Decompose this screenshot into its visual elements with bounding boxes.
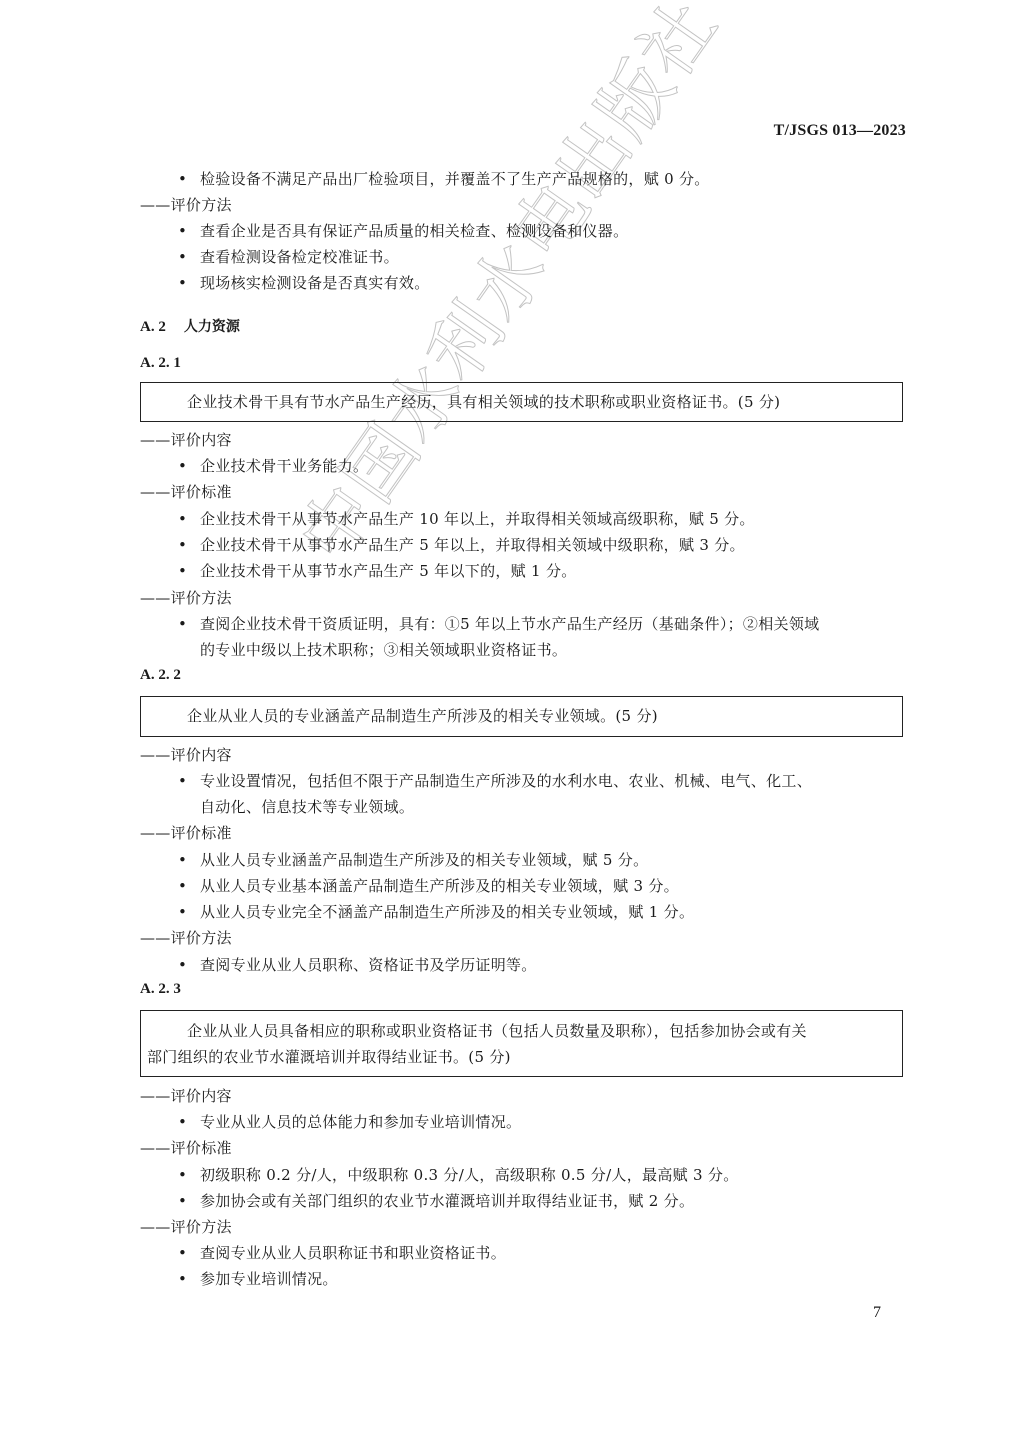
requirement-box: 企业从业人员具备相应的职称或职业资格证书（包括人员数量及职称），包括参加协会或有…: [140, 1010, 903, 1077]
list-item: •查阅专业从业人员职称证书和职业资格证书。: [178, 1240, 506, 1266]
criteria-label: ——评价标准: [140, 479, 232, 505]
list-item-continuation: 的专业中级以上技术职称；③相关领域职业资格证书。: [200, 637, 567, 663]
standard-code: T/JSGS 013—2023: [774, 122, 906, 140]
list-item: •参加专业培训情况。: [178, 1266, 338, 1292]
list-item: •现场核实检测设备是否真实有效。: [178, 270, 430, 296]
list-item: •专业设置情况，包括但不限于产品制造生产所涉及的水利水电、农业、机械、电气、化工…: [178, 768, 812, 794]
list-item: •从业人员专业完全不涵盖产品制造生产所涉及的相关专业领域，赋 1 分。: [178, 899, 694, 925]
list-item: •检验设备不满足产品出厂检验项目，并覆盖不了生产产品规格的，赋 0 分。: [178, 166, 710, 192]
list-item: •企业技术骨干从事节水产品生产 5 年以下的，赋 1 分。: [178, 558, 577, 584]
list-item: •查阅专业从业人员职称、资格证书及学历证明等。: [178, 952, 537, 978]
requirement-box: 企业技术骨干具有节水产品生产经历，具有相关领域的技术职称或职业资格证书。(5 分…: [140, 382, 903, 422]
requirement-text: 企业技术骨干具有节水产品生产经历，具有相关领域的技术职称或职业资格证书。(5 分…: [141, 389, 902, 415]
list-item: •企业技术骨干从事节水产品生产 10 年以上，并取得相关领域高级职称，赋 5 分…: [178, 506, 755, 532]
list-item-continuation: 自动化、信息技术等专业领域。: [200, 794, 414, 820]
method-label: ——评价方法: [140, 585, 232, 611]
method-label: ——评价方法: [140, 925, 232, 951]
section-title: 人力资源: [184, 319, 240, 335]
list-item: •初级职称 0.2 分/人，中级职称 0.3 分/人，高级职称 0.5 分/人，…: [178, 1162, 739, 1188]
list-item: •专业从业人员的总体能力和参加专业培训情况。: [178, 1109, 521, 1135]
item-number: A. 2. 3: [140, 981, 181, 998]
section-heading: A. 2人力资源: [140, 316, 240, 336]
requirement-text: 企业从业人员的专业涵盖产品制造生产所涉及的相关专业领域。(5 分): [141, 703, 902, 729]
method-label: ——评价方法: [140, 1214, 232, 1240]
list-item: •参加协会或有关部门组织的农业节水灌溉培训并取得结业证书，赋 2 分。: [178, 1188, 694, 1214]
requirement-box: 企业从业人员的专业涵盖产品制造生产所涉及的相关专业领域。(5 分): [140, 696, 903, 737]
list-item: •从业人员专业基本涵盖产品制造生产所涉及的相关专业领域，赋 3 分。: [178, 873, 679, 899]
page-number: 7: [873, 1304, 881, 1322]
list-item: •企业技术骨干业务能力。: [178, 453, 368, 479]
requirement-text-line1: 企业从业人员具备相应的职称或职业资格证书（包括人员数量及职称），包括参加协会或有…: [141, 1018, 902, 1044]
content-label: ——评价内容: [140, 427, 232, 453]
list-item: •查看检测设备检定校准证书。: [178, 244, 399, 270]
list-item: •查阅企业技术骨干资质证明，具有：①5 年以上节水产品生产经历（基础条件）；②相…: [178, 611, 819, 637]
list-item: •从业人员专业涵盖产品制造生产所涉及的相关专业领域，赋 5 分。: [178, 847, 648, 873]
criteria-label: ——评价标准: [140, 1135, 232, 1161]
requirement-text-line2: 部门组织的农业节水灌溉培训并取得结业证书。(5 分): [141, 1044, 902, 1070]
content-label: ——评价内容: [140, 1083, 232, 1109]
method-label: ——评价方法: [140, 192, 232, 218]
criteria-label: ——评价标准: [140, 820, 232, 846]
list-item: •企业技术骨干从事节水产品生产 5 年以上，并取得相关领域中级职称，赋 3 分。: [178, 532, 745, 558]
list-item: •查看企业是否具有保证产品质量的相关检查、检测设备和仪器。: [178, 218, 628, 244]
section-number: A. 2: [140, 319, 166, 335]
content-label: ——评价内容: [140, 742, 232, 768]
item-number: A. 2. 1: [140, 355, 181, 372]
item-number: A. 2. 2: [140, 667, 181, 684]
document-page: 中国水利水电出版社 T/JSGS 013—2023 •检验设备不满足产品出厂检验…: [0, 0, 1020, 1431]
